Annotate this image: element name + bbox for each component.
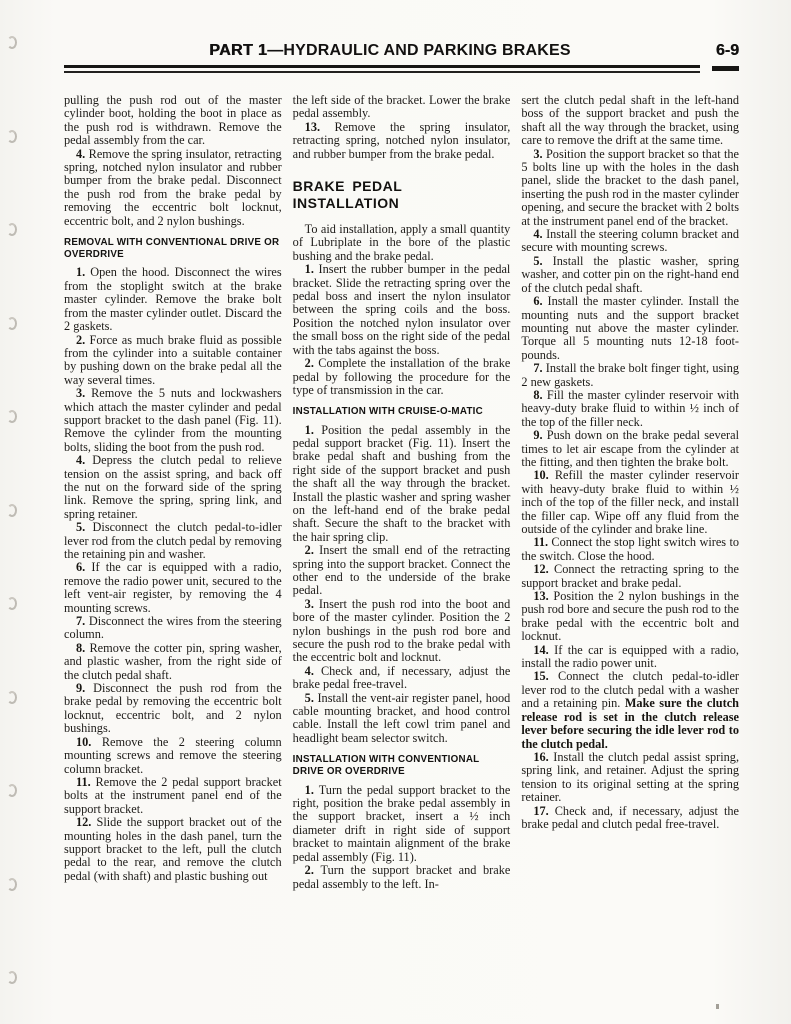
step-number: 3. [533,147,542,161]
step-number: 4. [76,147,85,161]
manual-page: PART 1—HYDRAULIC AND PARKING BRAKES 6-9 … [0,0,791,1024]
step-paragraph: 5. Disconnect the clutch pedal-to-idler … [64,521,282,561]
step-paragraph: 17. Check and, if necessary, adjust the … [521,805,739,832]
step-number: 1. [76,265,85,279]
step-paragraph: 10. Remove the 2 steering column mountin… [64,736,282,776]
step-paragraph: 3. Position the support bracket so that … [521,148,739,228]
step-number: 13. [305,120,320,134]
step-number: 6. [533,294,542,308]
subsection-heading: REMOVAL WITH CONVENTIONAL DRIVE OR OVERD… [64,237,282,261]
step-paragraph: 1. Position the pedal assembly in the pe… [293,424,511,545]
step-number: 11. [76,775,91,789]
step-paragraph: 15. Connect the clutch pedal-to-idler le… [521,670,739,750]
step-number: 10. [76,735,91,749]
step-number: 15. [533,669,548,683]
step-paragraph: 10. Refill the master cylinder reservoir… [521,469,739,536]
page-title: PART 1—HYDRAULIC AND PARKING BRAKES [64,42,716,60]
step-paragraph: 7. Disconnect the wires from the steerin… [64,615,282,642]
binding-hole-icon [7,223,17,236]
step-paragraph: 12. Connect the retracting spring to the… [521,563,739,590]
step-paragraph: 2. Turn the support bracket and brake pe… [293,864,511,891]
column-3: sert the clutch pedal shaft in the left-… [521,94,739,891]
scan-artifact [716,1004,719,1009]
step-number: 2. [76,333,85,347]
part-label: PART 1 [209,42,267,59]
step-number: 12. [76,815,91,829]
step-paragraph: 8. Remove the cotter pin, spring washer,… [64,642,282,682]
step-paragraph: 11. Remove the 2 pedal support bracket b… [64,776,282,816]
column-2: the left side of the bracket. Lower the … [293,94,511,891]
step-number: 8. [533,388,542,402]
step-paragraph: 8. Fill the master cylinder reservoir wi… [521,389,739,429]
step-number: 10. [533,468,548,482]
step-paragraph: 1. Turn the pedal support bracket to the… [293,784,511,864]
step-paragraph: 6. If the car is equipped with a radio, … [64,561,282,615]
step-number: 17. [533,804,548,818]
step-number: 6. [76,560,85,574]
step-paragraph: 7. Install the brake bolt finger tight, … [521,362,739,389]
step-number: 8. [76,641,85,655]
step-number: 5. [305,691,314,705]
page-header: PART 1—HYDRAULIC AND PARKING BRAKES 6-9 [0,0,791,60]
step-number: 2. [305,543,314,557]
step-paragraph: 12. Slide the support bracket out of the… [64,816,282,883]
binding-hole-icon [7,971,17,984]
binding-hole-icon [7,878,17,891]
step-paragraph: 2. Insert the small end of the retractin… [293,544,511,598]
binding-hole-icon [7,691,17,704]
step-paragraph: 4. Check and, if necessary, adjust the b… [293,665,511,692]
step-number: 4. [76,453,85,467]
step-number: 2. [305,356,314,370]
subsection-heading: INSTALLATION WITH CRUISE-O-MATIC [293,406,511,418]
step-number: 1. [305,783,314,797]
binding-hole-icon [7,130,17,143]
bold-note: Make sure the clutch release rod is set … [521,696,739,750]
step-number: 2. [305,863,314,877]
step-paragraph: 3. Insert the push rod into the boot and… [293,598,511,665]
step-paragraph: 5. Install the plastic washer, spring wa… [521,255,739,295]
step-paragraph: 2. Complete the installation of the brak… [293,357,511,397]
step-number: 13. [533,589,548,603]
binding-hole-icon [7,36,17,49]
binding-hole-icon [7,784,17,797]
step-number: 1. [305,423,314,437]
header-rule [64,65,739,73]
text-columns: pulling the push rod out of the master c… [0,73,791,891]
step-number: 9. [533,428,542,442]
step-number: 14. [533,643,548,657]
paragraph: sert the clutch pedal shaft in the left-… [521,94,739,148]
step-number: 3. [305,597,314,611]
step-number: 3. [76,386,85,400]
step-number: 7. [76,614,85,628]
step-paragraph: 1. Open the hood. Disconnect the wires f… [64,266,282,333]
step-number: 4. [533,227,542,241]
section-heading: BRAKE PEDAL INSTALLATION [293,178,511,212]
paragraph: pulling the push rod out of the master c… [64,94,282,148]
step-number: 12. [533,562,548,576]
step-number: 7. [533,361,542,375]
step-paragraph: 2. Force as much brake fluid as possible… [64,334,282,388]
step-number: 9. [76,681,85,695]
step-number: 1. [305,262,314,276]
step-number: 16. [533,750,548,764]
title-rest: —HYDRAULIC AND PARKING BRAKES [267,42,571,59]
page-number: 6-9 [716,42,739,60]
paragraph: the left side of the bracket. Lower the … [293,94,511,121]
header-rule-long [64,65,700,73]
paragraph: To aid installation, apply a small quant… [293,223,511,263]
binding-hole-icon [7,597,17,610]
step-number: 5. [76,520,85,534]
step-number: 11. [533,535,548,549]
step-paragraph: 3. Remove the 5 nuts and lockwashers whi… [64,387,282,454]
column-1: pulling the push rod out of the master c… [64,94,282,891]
step-paragraph: 14. If the car is equipped with a radio,… [521,644,739,671]
step-paragraph: 11. Connect the stop light switch wires … [521,536,739,563]
step-paragraph: 4. Remove the spring insulator, retracti… [64,148,282,228]
subsection-heading: INSTALLATION WITH CONVENTIONAL DRIVE OR … [293,754,511,778]
binding-hole-icon [7,410,17,423]
step-paragraph: 4. Install the steering column bracket a… [521,228,739,255]
step-number: 5. [533,254,542,268]
binding-hole-icon [7,504,17,517]
step-paragraph: 16. Install the clutch pedal assist spri… [521,751,739,805]
step-number: 4. [305,664,314,678]
step-paragraph: 9. Push down on the brake pedal several … [521,429,739,469]
step-paragraph: 13. Position the 2 nylon bushings in the… [521,590,739,644]
step-paragraph: 9. Disconnect the push rod from the brak… [64,682,282,736]
step-paragraph: 4. Depress the clutch pedal to relieve t… [64,454,282,521]
binding-hole-icon [7,317,17,330]
header-rule-short [712,66,739,71]
step-paragraph: 1. Insert the rubber bumper in the pedal… [293,263,511,357]
step-paragraph: 6. Install the master cylinder. Install … [521,295,739,362]
step-paragraph: 13. Remove the spring insulator, retract… [293,121,511,161]
step-paragraph: 5. Install the vent-air register panel, … [293,692,511,746]
